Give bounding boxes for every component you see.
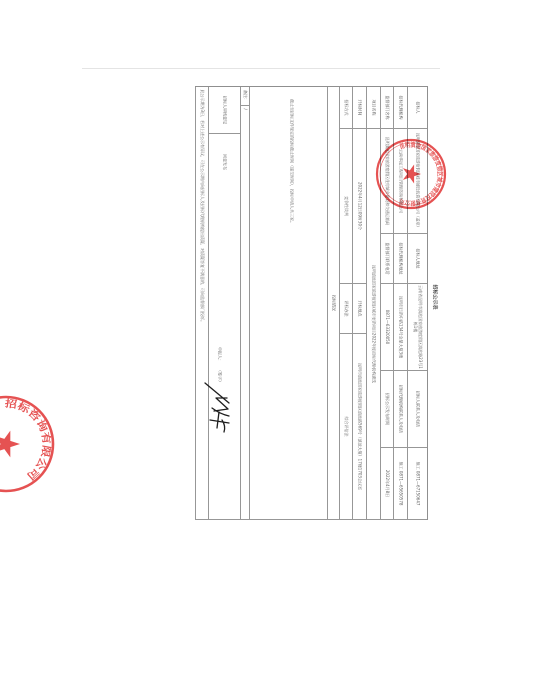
applicant-label: 申报人： <box>217 347 222 363</box>
agency-address-label: 招标代理机构地址 <box>393 234 407 284</box>
row-bid-heading: 投标情况 <box>327 87 339 520</box>
review-cell: 同意发布 申报人： （签字） <box>208 134 240 520</box>
row-notice: 此公示期为3日，若对上述公示有异议，可在公示期内向招标人及招标代理机构提出质疑，… <box>195 87 208 520</box>
bidder-value: 昆明滇池国家旅游度假区城市建设投资有限公司（盖章） <box>407 129 427 234</box>
row-opening: 开标时间 2022年4月12日09时30分 开标地点 昆明市滇池国家旅游度假区滇… <box>352 87 366 520</box>
row-project: 项目名称 昆明滇池国家旅游度假区城市更新项目2022年度招标代理机构遴选 <box>366 87 380 520</box>
project-value: 昆明滇池国家旅游度假区城市更新项目2022年度招标代理机构遴选 <box>366 129 380 520</box>
opening-time-label: 开标时间 <box>352 87 366 129</box>
evaluation-value: 综合评估法 <box>339 334 352 520</box>
supervision-phone-label: 监督部门联系电话 <box>380 234 393 284</box>
bid-section-text: 截止至招标文件规定的投标截止时间（递交时间），投标申请人共三家。 <box>249 87 327 520</box>
row-supervision: 监督部门名称 昆明滇池国家旅游度假区住房城乡建设和交通运输局 监督部门联系电话 … <box>380 87 393 520</box>
seal-ring <box>0 397 53 491</box>
bidder-contact-label: 招标人联系人及电话 <box>407 371 427 448</box>
row-review: 招标人审核意见 同意发布 申报人： （签字） <box>208 87 240 520</box>
announcement-table: 招标人 昆明滇池国家旅游度假区城市建设投资有限公司（盖章） 招标人地址 云南省昆… <box>195 86 428 520</box>
star-icon <box>0 431 20 458</box>
signature-label: （签字） <box>217 368 222 384</box>
scanned-page: 招标公示表 招标人 昆明滇池国家旅游度假区城市建设投资有限公司（盖章） 招标人地… <box>0 0 554 681</box>
bidder-address-line1: 云南省昆明市滇池国家旅游度假区滇池路23号1 <box>418 285 423 369</box>
agency-seal: 招标咨询有限公司 <box>0 396 53 491</box>
bid-announcement-document: 招标公示表 招标人 昆明滇池国家旅游度假区城市建设投资有限公司（盖章） 招标人地… <box>196 86 428 519</box>
evaluation-label: 评标办法 <box>339 284 352 334</box>
row-agency: 招标代理机构 云南华昆工程项目管理咨询有限公司 招标代理机构地址 昆明市日新中路… <box>393 87 407 520</box>
remarks-value: / <box>240 106 249 520</box>
row-bidder: 招标人 昆明滇池国家旅游度假区城市建设投资有限公司（盖章） 招标人地址 云南省昆… <box>407 87 427 520</box>
agency-contact-label: 招标代理机构联系人及电话 <box>393 371 407 448</box>
publish-date-value: 2022年4月8日 <box>380 448 393 520</box>
agency-contact-value: 熊工 0871—65650578 <box>393 448 407 520</box>
scan-page-edge <box>82 68 440 69</box>
opening-time-value: 2022年4月12日09时30分 <box>352 129 366 284</box>
agency-address-value: 昆明市日新中路134号金鼎大厦3楼 <box>393 284 407 371</box>
project-label: 项目名称 <box>366 87 380 129</box>
supervision-phone-value: 0871—63320050 <box>380 284 393 371</box>
document-title: 招标公示表 <box>431 284 438 310</box>
opening-place-value: 昆明市滇池国家旅游度假区滇池路569号（滇池大厦）17楼1703会议室 <box>352 334 366 520</box>
notice-text: 此公示期为3日，若对上述公示有异议，可在公示期内向招标人及招标代理机构提出质疑，… <box>195 87 208 520</box>
supervision-label: 监督部门名称 <box>380 87 393 129</box>
agency-label: 招标代理机构 <box>393 87 407 129</box>
row-method: 招标方式 竞争性谈判 评标办法 综合评估法 <box>339 87 352 520</box>
publish-date-label: 招标公示发布时间 <box>380 371 393 448</box>
bidder-address-value: 云南省昆明市滇池国家旅游度假区滇池路23号1 栋1楼 <box>407 284 427 371</box>
bidder-address-label: 招标人地址 <box>407 234 427 284</box>
opening-place-label: 开标地点 <box>352 284 366 334</box>
bidder-label: 招标人 <box>407 87 427 129</box>
bid-section-heading: 投标情况 <box>327 87 339 520</box>
bidder-address-line2: 栋1楼 <box>413 322 418 333</box>
bidder-contact-value: 熊工 0871—67150647 <box>407 448 427 520</box>
row-remarks: 备注： / <box>240 87 249 520</box>
method-value: 竞争性谈判 <box>339 129 352 284</box>
row-bid-content: 截止至招标文件规定的投标截止时间（递交时间），投标申请人共三家。 <box>249 87 327 520</box>
review-value: 同意发布 <box>222 154 227 170</box>
remarks-label: 备注： <box>240 87 249 106</box>
review-label: 招标人审核意见 <box>208 87 240 134</box>
supervision-value: 昆明滇池国家旅游度假区住房城乡建设和交通运输局 <box>380 129 393 234</box>
method-label: 招标方式 <box>339 87 352 129</box>
agency-seal-text: 招标咨询有限公司 <box>3 396 53 482</box>
agency-value: 云南华昆工程项目管理咨询有限公司 <box>393 129 407 234</box>
